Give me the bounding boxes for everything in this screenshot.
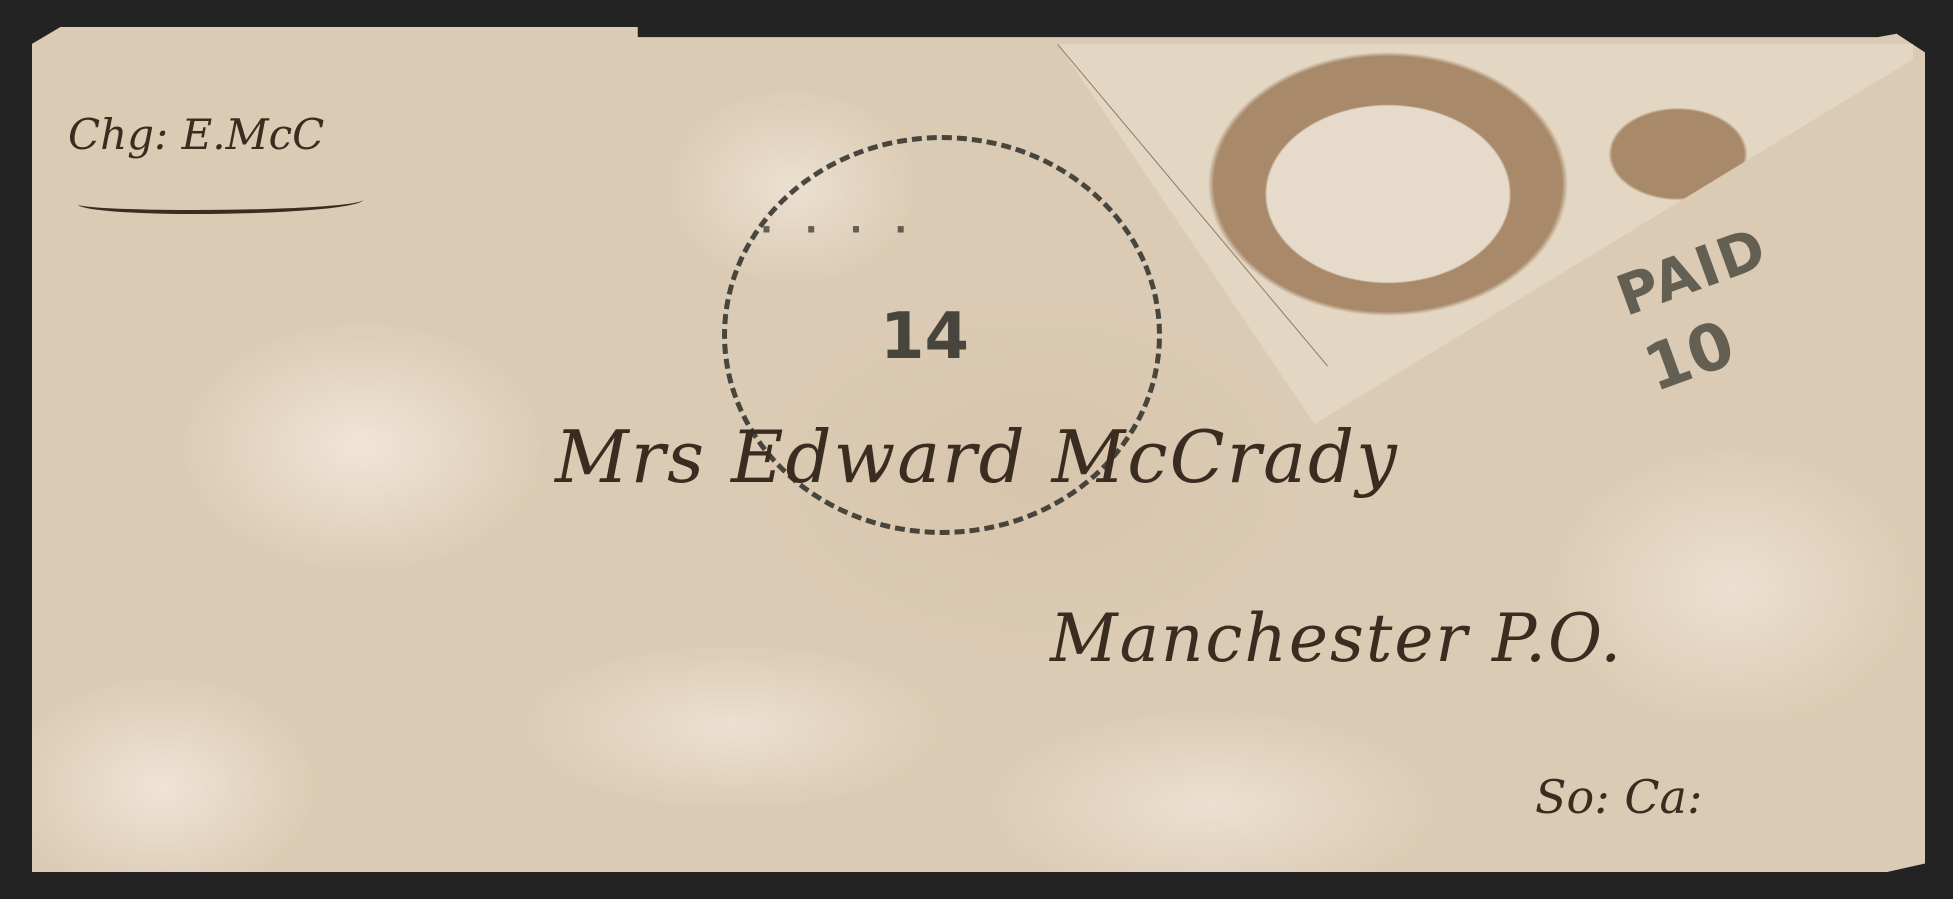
address-line-town: Manchester P.O.	[1050, 600, 1623, 677]
docket-annotation: Chg: E.McC	[68, 110, 324, 159]
address-line-state: So: Ca:	[1535, 770, 1702, 824]
address-line-addressee: Mrs Edward McCrady	[555, 415, 1399, 499]
postmark-day: 14	[880, 300, 969, 374]
postmark-text: · · · ·	[760, 210, 917, 250]
